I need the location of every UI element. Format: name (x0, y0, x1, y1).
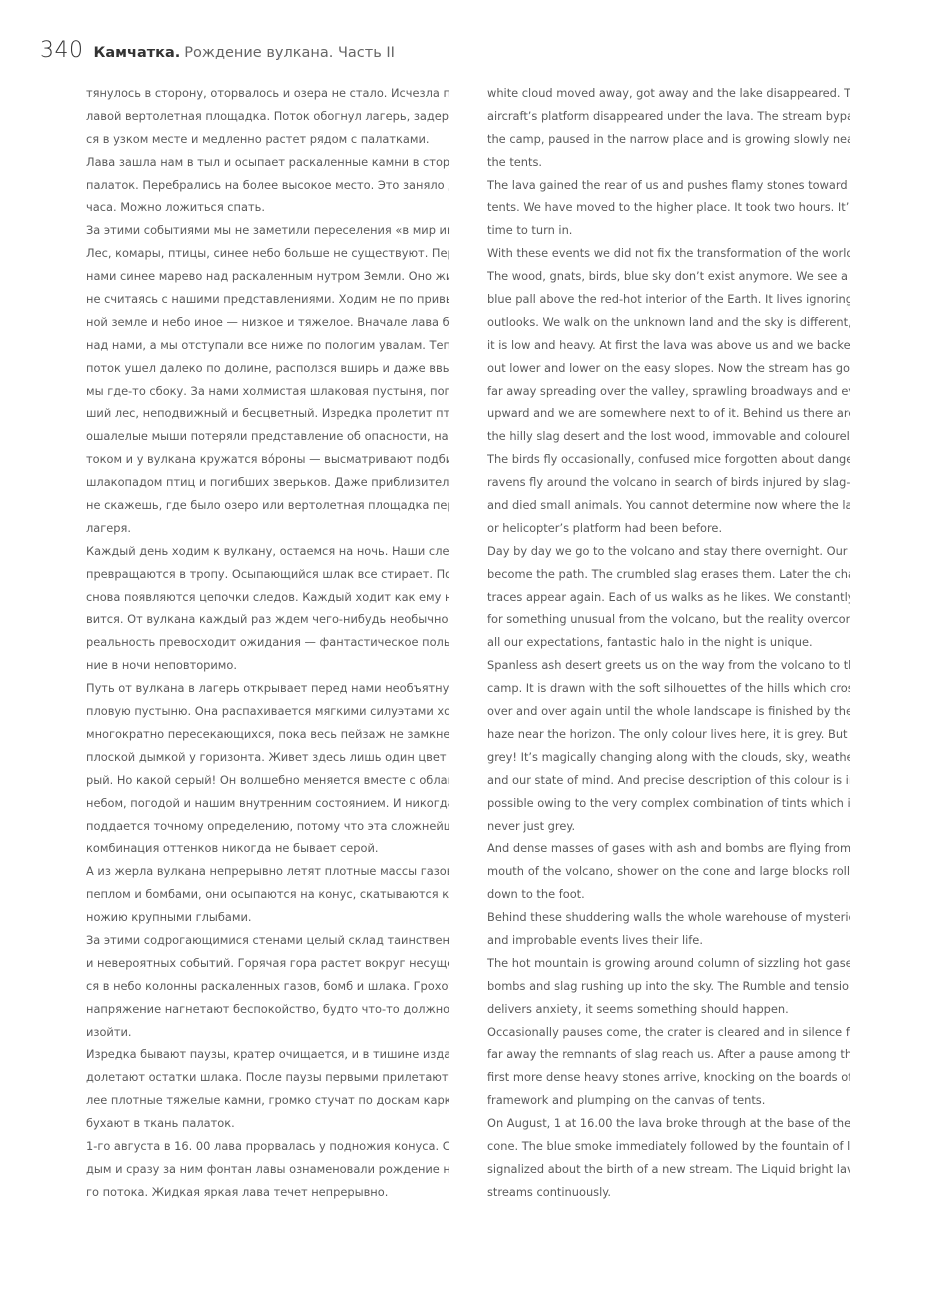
text-line: плоской дымкой у горизонта. Живет здесь … (86, 746, 449, 769)
text-line: лагеря. (86, 517, 449, 540)
text-line: дым и сразу за ним фонтан лавы ознаменов… (86, 1158, 449, 1181)
text-line: mouth of the volcano, shower on the cone… (487, 860, 850, 883)
text-line: бухают в ткань палаток. (86, 1112, 449, 1135)
text-line: white cloud moved away, got away and the… (487, 82, 850, 105)
text-line: нами синее марево над раскаленным нутром… (86, 265, 449, 288)
text-line: лавой вертолетная площадка. Поток обогну… (86, 105, 449, 128)
page-number: 340 (40, 38, 84, 63)
text-line: За этими содрогающимися стенами целый ск… (86, 929, 449, 952)
text-line: напряжение нагнетают беспокойство, будто… (86, 998, 449, 1021)
text-line: вится. От вулкана каждый раз ждем чего-н… (86, 608, 449, 631)
text-line: streams continuously. (487, 1181, 850, 1204)
text-line: А из жерла вулкана непрерывно летят плот… (86, 860, 449, 883)
text-line: 1-го августа в 16. 00 лава прорвалась у … (86, 1135, 449, 1158)
text-line: and our state of mind. And precise descr… (487, 769, 850, 792)
text-line: изойти. (86, 1021, 449, 1044)
paragraph: Путь от вулкана в лагерь открывает перед… (86, 677, 449, 860)
text-line: grey! It’s magically changing along with… (487, 746, 850, 769)
text-line: signalized about the birth of a new stre… (487, 1158, 850, 1181)
text-line: шлакопадом птиц и погибших зверьков. Даж… (86, 471, 449, 494)
text-line: or helicopter’s platform had been before… (487, 517, 850, 540)
text-line: не скажешь, где было озеро или вертолетн… (86, 494, 449, 517)
text-line: Лес, комары, птицы, синее небо больше не… (86, 242, 449, 265)
paragraph: And dense masses of gases with ash and b… (487, 837, 850, 906)
text-line: and improbable events lives their life. (487, 929, 850, 952)
text-line: За этими событиями мы не заметили пересе… (86, 219, 449, 242)
text-line: for something unusual from the volcano, … (487, 608, 850, 631)
text-line: possible owing to the very complex combi… (487, 792, 850, 815)
text-line: и невероятных событий. Горячая гора раст… (86, 952, 449, 975)
text-line: outlooks. We walk on the unknown land an… (487, 311, 850, 334)
text-line: тянулось в сторону, оторвалось и озера н… (86, 82, 449, 105)
paragraph: Каждый день ходим к вулкану, остаемся на… (86, 540, 449, 677)
text-line: лее плотные тяжелые камни, громко стучат… (86, 1089, 449, 1112)
text-line: мы где-то сбоку. За нами холмистая шлако… (86, 380, 449, 403)
text-line: током и у вулкана кружатся вóроны — высм… (86, 448, 449, 471)
text-line: пловую пустыню. Она распахивается мягким… (86, 700, 449, 723)
paragraph: 1-го августа в 16. 00 лава прорвалась у … (86, 1135, 449, 1204)
text-line: never just grey. (487, 815, 850, 838)
text-line: Spanless ash desert greets us on the way… (487, 654, 850, 677)
text-line: it is low and heavy. At first the lava w… (487, 334, 850, 357)
text-line: And dense masses of gases with ash and b… (487, 837, 850, 860)
paragraph: Лава зашла нам в тыл и осыпает раскаленн… (86, 151, 449, 220)
paragraph: Изредка бывают паузы, кратер очищается, … (86, 1043, 449, 1135)
text-line: Каждый день ходим к вулкану, остаемся на… (86, 540, 449, 563)
text-line: out lower and lower on the easy slopes. … (487, 357, 850, 380)
text-line: the camp, paused in the narrow place and… (487, 128, 850, 151)
text-line: framework and plumping on the canvas of … (487, 1089, 850, 1112)
english-text-column: white cloud moved away, got away and the… (487, 82, 850, 1204)
text-line: ся в узком месте и медленно растет рядом… (86, 128, 449, 151)
text-line: down to the foot. (487, 883, 850, 906)
text-line: ние в ночи неповторимо. (86, 654, 449, 677)
text-line: долетают остатки шлака. После паузы перв… (86, 1066, 449, 1089)
chapter-title-bold: Камчатка. (94, 45, 181, 61)
text-line: рый. Но какой серый! Он волшебно меняетс… (86, 769, 449, 792)
paragraph: white cloud moved away, got away and the… (487, 82, 850, 174)
text-line: реальность превосходит ожидания — фантас… (86, 631, 449, 654)
text-line: ся в небо колонны раскаленных газов, бом… (86, 975, 449, 998)
text-line: ножию крупными глыбами. (86, 906, 449, 929)
paragraph: А из жерла вулкана непрерывно летят плот… (86, 860, 449, 929)
text-line: upward and we are somewhere next to of i… (487, 402, 850, 425)
text-line: Изредка бывают паузы, кратер очищается, … (86, 1043, 449, 1066)
text-line: delivers anxiety, it seems something sho… (487, 998, 850, 1021)
text-line: become the path. The crumbled slag erase… (487, 563, 850, 586)
paragraph: The hot mountain is growing around colum… (487, 952, 850, 1021)
text-line: time to turn in. (487, 219, 850, 242)
text-line: the hilly slag desert and the lost wood,… (487, 425, 850, 448)
text-line: The hot mountain is growing around colum… (487, 952, 850, 975)
text-line: Occasionally pauses come, the crater is … (487, 1021, 850, 1044)
text-line: снова появляются цепочки следов. Каждый … (86, 586, 449, 609)
text-line: tents. We have moved to the higher place… (487, 196, 850, 219)
paragraph: Spanless ash desert greets us on the way… (487, 654, 850, 837)
text-line: and died small animals. You cannot deter… (487, 494, 850, 517)
text-line: многократно пересекающихся, пока весь пе… (86, 723, 449, 746)
paragraph: Occasionally pauses come, the crater is … (487, 1021, 850, 1113)
text-line: ошалелые мыши потеряли представление об … (86, 425, 449, 448)
text-line: bombs and slag rushing up into the sky. … (487, 975, 850, 998)
text-line: far away spreading over the valley, spra… (487, 380, 850, 403)
text-line: Behind these shuddering walls the whole … (487, 906, 850, 929)
chapter-subtitle: Рождение вулкана. Часть II (184, 45, 395, 61)
text-line: haze near the horizon. The only colour l… (487, 723, 850, 746)
paragraph: За этими событиями мы не заметили пересе… (86, 219, 449, 539)
text-line: far away the remnants of slag reach us. … (487, 1043, 850, 1066)
paragraph: With these events we did not fix the tra… (487, 242, 850, 540)
text-line: cone. The blue smoke immediately followe… (487, 1135, 850, 1158)
paragraph: Behind these shuddering walls the whole … (487, 906, 850, 952)
text-line: On August, 1 at 16.00 the lava broke thr… (487, 1112, 850, 1135)
russian-text-column: тянулось в сторону, оторвалось и озера н… (86, 82, 449, 1204)
paragraph: За этими содрогающимися стенами целый ск… (86, 929, 449, 1043)
text-line: aircraft’s platform disappeared under th… (487, 105, 850, 128)
text-line: над нами, а мы отступали все ниже по пол… (86, 334, 449, 357)
text-line: ravens fly around the volcano in search … (487, 471, 850, 494)
running-header: 340 Камчатка. Рождение вулкана. Часть II (40, 38, 395, 68)
text-line: ший лес, неподвижный и бесцветный. Изред… (86, 402, 449, 425)
text-line: camp. It is drawn with the soft silhouet… (487, 677, 850, 700)
paragraph: The lava gained the rear of us and pushe… (487, 174, 850, 243)
paragraph: On August, 1 at 16.00 the lava broke thr… (487, 1112, 850, 1204)
text-line: The lava gained the rear of us and pushe… (487, 174, 850, 197)
text-line: пеплом и бомбами, они осыпаются на конус… (86, 883, 449, 906)
text-line: превращаются в тропу. Осыпающийся шлак в… (86, 563, 449, 586)
text-line: traces appear again. Each of us walks as… (487, 586, 850, 609)
text-line: The birds fly occasionally, confused mic… (487, 448, 850, 471)
text-line: палаток. Перебрались на более высокое ме… (86, 174, 449, 197)
text-line: the tents. (487, 151, 850, 174)
text-line: го потока. Жидкая яркая лава течет непре… (86, 1181, 449, 1204)
text-line: blue pall above the red-hot interior of … (487, 288, 850, 311)
text-line: Day by day we go to the volcano and stay… (487, 540, 850, 563)
text-line: first more dense heavy stones arrive, kn… (487, 1066, 850, 1089)
text-line: all our expectations, fantastic halo in … (487, 631, 850, 654)
paragraph: тянулось в сторону, оторвалось и озера н… (86, 82, 449, 151)
text-line: небом, погодой и нашим внутренним состоя… (86, 792, 449, 815)
text-line: поддается точному определению, потому чт… (86, 815, 449, 838)
text-line: не считаясь с нашими представлениями. Хо… (86, 288, 449, 311)
text-line: поток ушел далеко по долине, расползся в… (86, 357, 449, 380)
text-line: The wood, gnats, birds, blue sky don’t e… (487, 265, 850, 288)
text-line: over and over again until the whole land… (487, 700, 850, 723)
text-line: комбинация оттенков никогда не бывает се… (86, 837, 449, 860)
text-line: With these events we did not fix the tra… (487, 242, 850, 265)
text-line: Лава зашла нам в тыл и осыпает раскаленн… (86, 151, 449, 174)
text-line: Путь от вулкана в лагерь открывает перед… (86, 677, 449, 700)
text-line: ной земле и небо иное — низкое и тяжелое… (86, 311, 449, 334)
text-line: часа. Можно ложиться спать. (86, 196, 449, 219)
paragraph: Day by day we go to the volcano and stay… (487, 540, 850, 654)
